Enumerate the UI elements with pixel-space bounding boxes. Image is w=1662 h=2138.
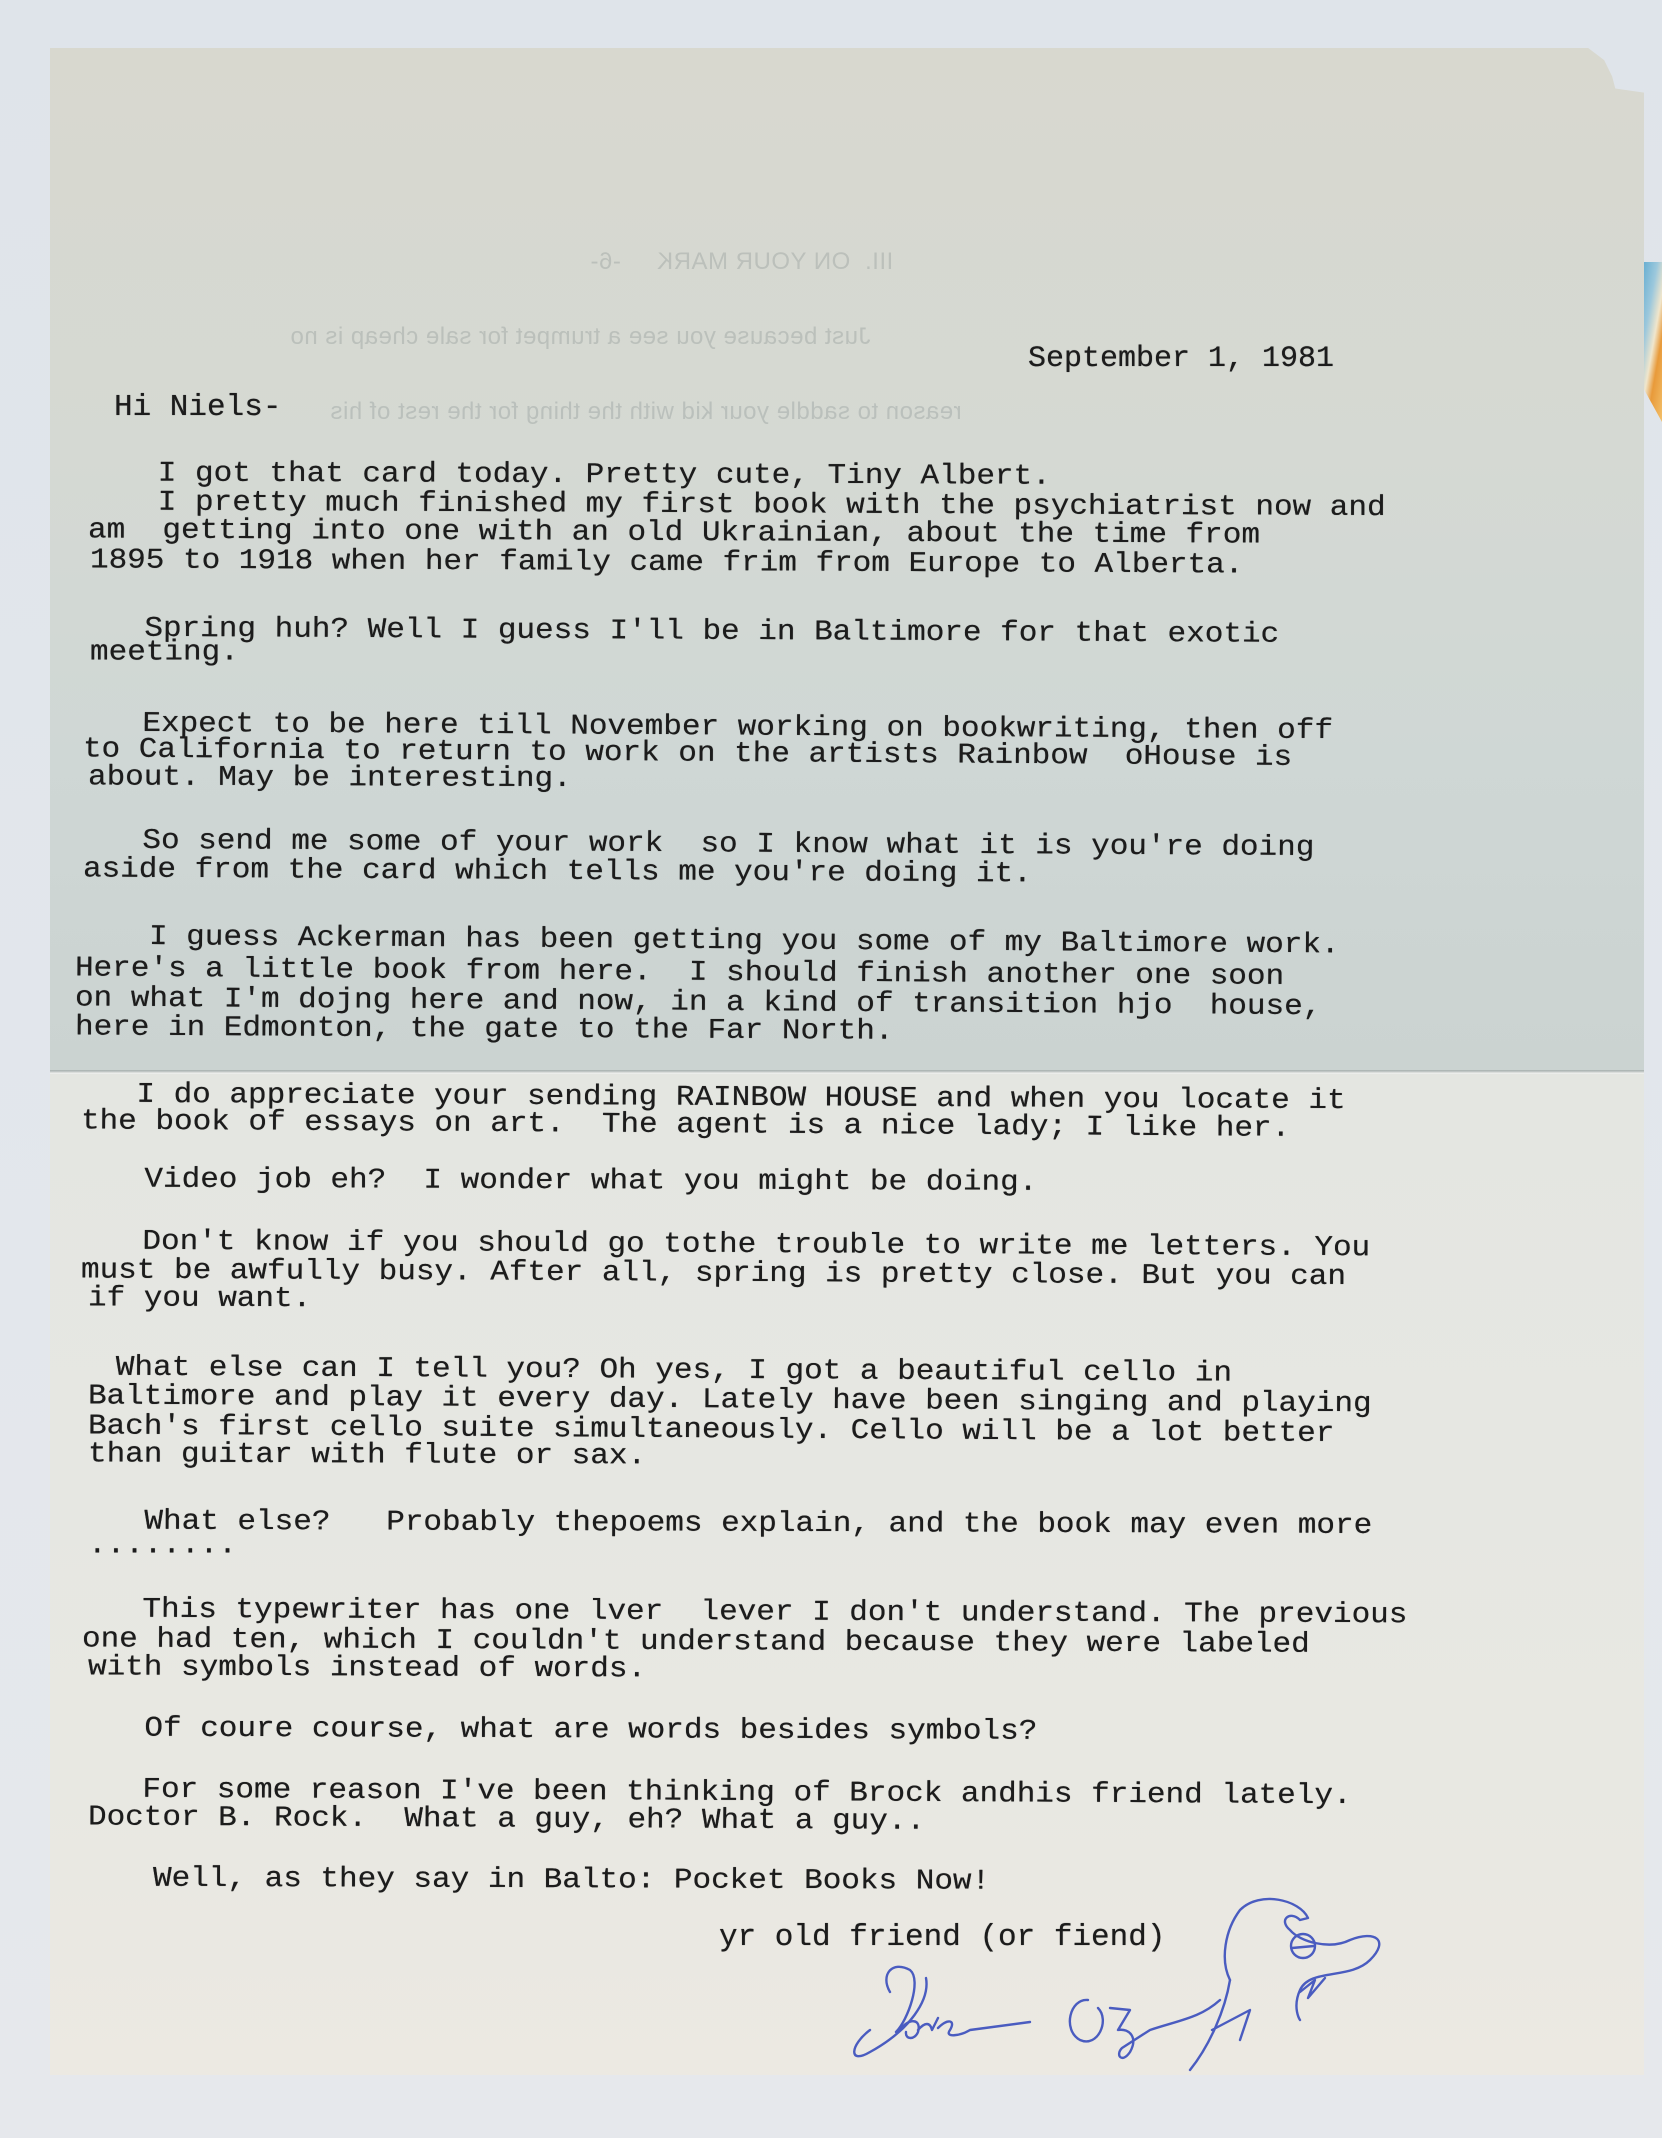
letter-line: than guitar with flute or sax. bbox=[88, 1440, 646, 1470]
salutation: Hi Niels- bbox=[114, 392, 281, 423]
fold-crease bbox=[50, 1070, 1644, 1074]
letter-sheet: III. ON YOUR MARK -6- Just because you s… bbox=[50, 48, 1644, 2075]
letter-line: here in Edmonton, the gate to the Far No… bbox=[75, 1013, 894, 1046]
letter-line: aside from the card which tells me you'r… bbox=[83, 855, 1032, 888]
letter-line: Doctor B. Rock. What a guy, eh? What a g… bbox=[88, 1803, 925, 1836]
letter-line: 1895 to 1918 when her family came frim f… bbox=[90, 546, 1244, 580]
signature-doodle bbox=[830, 1880, 1430, 2080]
bleed-through-text: reason to saddle your kid with the thing… bbox=[330, 398, 962, 426]
letter-line: meeting. bbox=[90, 638, 239, 667]
letter-line: ........ bbox=[88, 1531, 237, 1560]
bleed-through-text: III. ON YOUR MARK -6- bbox=[590, 248, 893, 276]
letter-line: the book of essays on art. The agent is … bbox=[81, 1107, 1290, 1143]
letter-line: What else? Probably thepoems explain, an… bbox=[70, 1507, 1372, 1540]
letter-line: about. May be interesting. bbox=[88, 763, 572, 793]
letter-line: Video job eh? I wonder what you might be… bbox=[70, 1165, 1037, 1197]
bleed-through-text: Just because you see a trumpet for sale … bbox=[290, 323, 871, 351]
letter-line: with symbols instead of words. bbox=[88, 1653, 646, 1683]
letter-line: Spring huh? Well I guess I'll be in Balt… bbox=[70, 614, 1279, 649]
letter-date: September 1, 1981 bbox=[1028, 344, 1334, 375]
letter-line: Of coure course, what are words besides … bbox=[70, 1714, 1037, 1746]
letter-line: if you want. bbox=[88, 1284, 311, 1313]
